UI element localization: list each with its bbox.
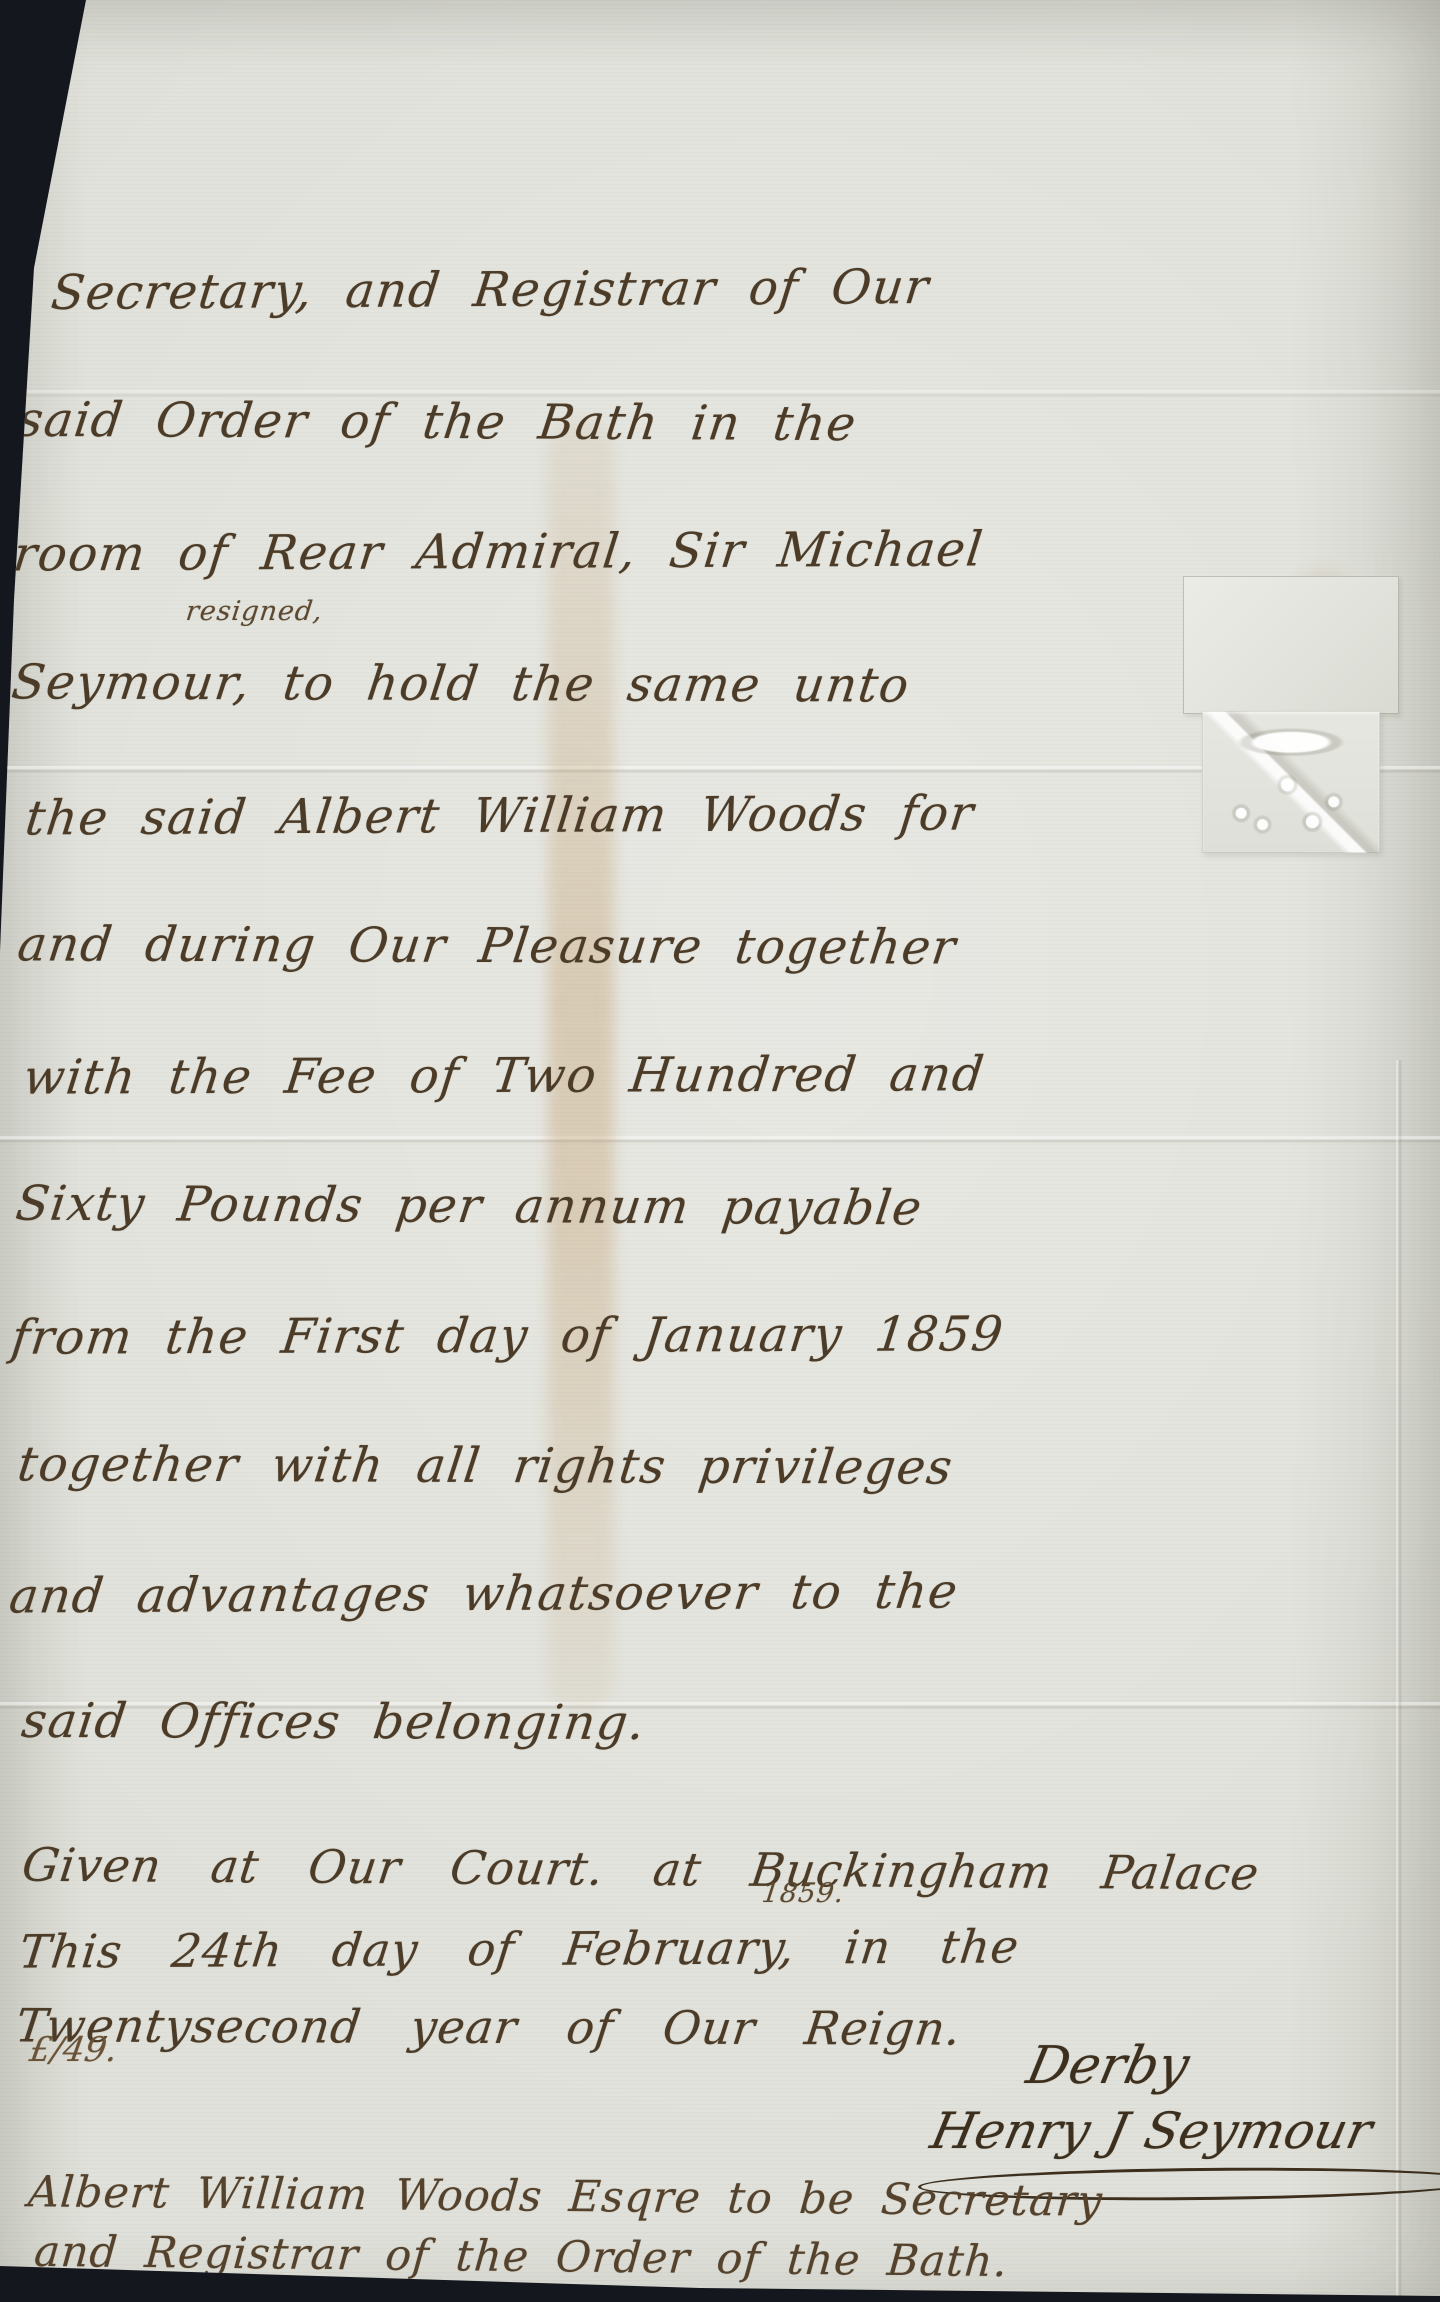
closing-line: This 24th day of February, in the	[17, 1919, 1023, 1978]
interline-insertion: 1859.	[760, 1878, 846, 1909]
body-line: Sixty Pounds per annum payable	[13, 1176, 926, 1237]
body-line: together with all rights privileges	[15, 1436, 957, 1495]
body-line: said Order of the Bath in the	[15, 392, 861, 452]
body-line: with the Fee of Two Hundred and	[20, 1046, 988, 1105]
body-line: room of Rear Admiral, Sir Michael	[10, 521, 986, 582]
signature-derby: Derby	[1022, 2036, 1195, 2096]
fold-crease	[0, 1136, 1440, 1146]
body-line: said Offices belonging.	[19, 1693, 650, 1751]
body-line: and during Our Pleasure together	[15, 916, 960, 975]
margin-note: £/49.	[27, 2030, 121, 2070]
body-line: Secretary, and Registrar of Our	[48, 259, 932, 321]
body-line: Seymour, to hold the same unto	[9, 654, 914, 713]
letter-page: Secretary, and Registrar of Our said Ord…	[0, 0, 1440, 2302]
paper-seal-patch	[1183, 576, 1399, 714]
interline-insertion: resigned,	[184, 596, 325, 627]
docket-line: Albert William Woods Esqre to be Secreta…	[26, 2167, 1104, 2226]
closing-line: Given at Our Court. at Buckingham Palace	[19, 1838, 1263, 1901]
signature-henry-seymour: Henry J Seymour	[926, 2102, 1377, 2160]
embossed-seal	[1202, 711, 1380, 853]
body-line: from the First day of January 1859	[8, 1306, 1007, 1365]
docket-line: and Registrar of the Order of the Bath.	[32, 2227, 1010, 2287]
fold-crease-vertical	[1396, 1060, 1403, 2302]
photograph-of-document: Secretary, and Registrar of Our said Ord…	[0, 0, 1440, 2302]
body-line: and advantages whatsoever to the	[6, 1564, 961, 1625]
body-line: the said Albert William Woods for	[22, 786, 977, 847]
closing-line: Twentysecond year of Our Reign.	[13, 1998, 965, 2055]
